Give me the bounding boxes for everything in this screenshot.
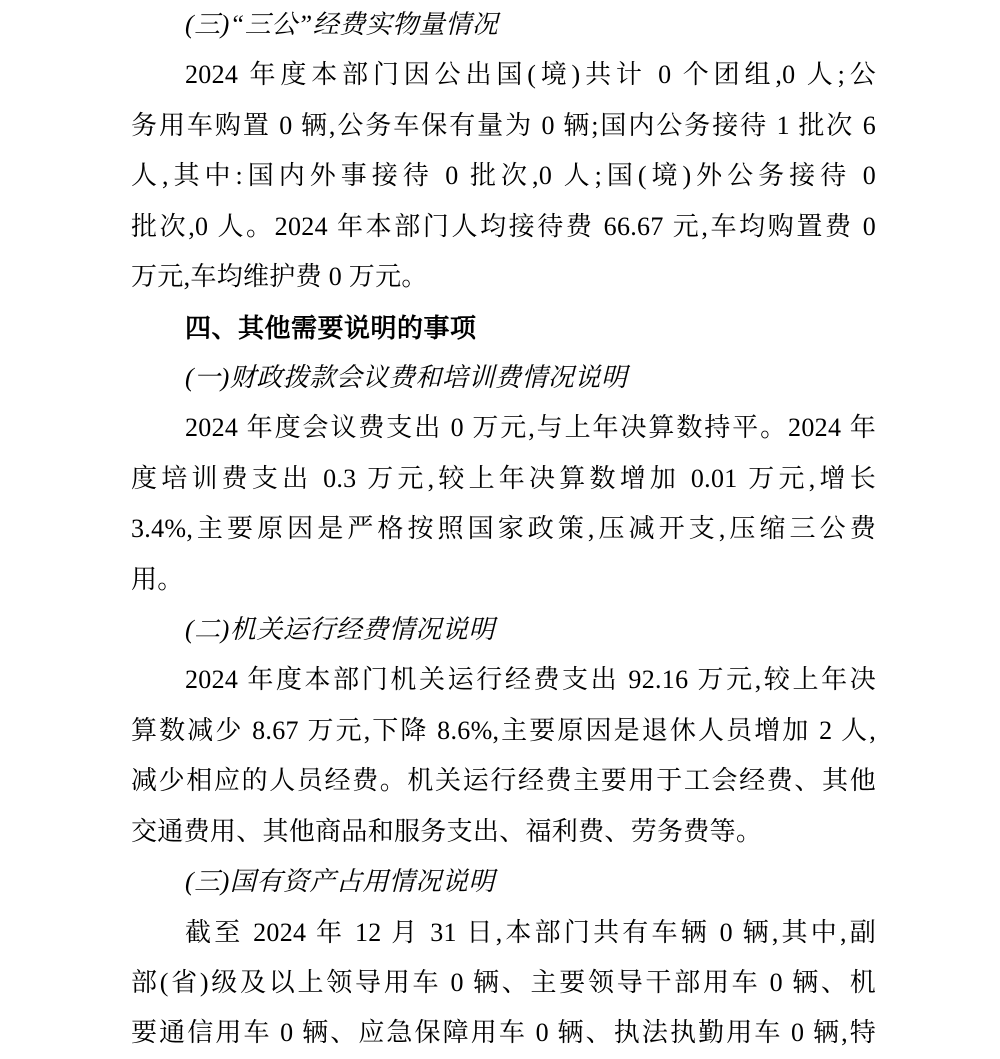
subsection-heading-state-assets-occupancy: (三)国有资产占用情况说明 [131,857,876,907]
paragraph-line: 务用车购置 0 辆,公务车保有量为 0 辆;国内公务接待 1 批次 6 [131,101,876,151]
paragraph-line: 要通信用车 0 辆、应急保障用车 0 辆、执法执勤用车 0 辆,特 [131,1008,876,1058]
paragraph-line: 人,其中:国内外事接待 0 批次,0 人;国(境)外公务接待 0 [131,151,876,201]
paragraph-line: 减少相应的人员经费。机关运行经费主要用于工会经费、其他 [131,756,876,806]
paragraph-line: 交通费用、其他商品和服务支出、福利费、劳务费等。 [131,807,876,857]
paragraph-line: 万元,车均维护费 0 万元。 [131,252,876,302]
paragraph-line: 2024 年度本部门机关运行经费支出 92.16 万元,较上年决 [131,655,876,705]
paragraph-line: 部(省)级及以上领导用车 0 辆、主要领导干部用车 0 辆、机 [131,958,876,1008]
document-text-block: (三)“三公”经费实物量情况 2024 年度本部门因公出国(境)共计 0 个团组… [131,0,876,1059]
paragraph-line: 2024 年度会议费支出 0 万元,与上年决算数持平。2024 年 [131,403,876,453]
paragraph-line: 批次,0 人。2024 年本部门人均接待费 66.67 元,车均购置费 0 [131,202,876,252]
section-heading-other-matters: 四、其他需要说明的事项 [131,303,876,353]
paragraph-line: 算数减少 8.67 万元,下降 8.6%,主要原因是退休人员增加 2 人, [131,706,876,756]
subsection-heading-meeting-training-fees: (一)财政拨款会议费和培训费情况说明 [131,353,876,403]
document-page: (三)“三公”经费实物量情况 2024 年度本部门因公出国(境)共计 0 个团组… [0,0,1000,1059]
paragraph-line: 3.4%,主要原因是严格按照国家政策,压减开支,压缩三公费 [131,504,876,554]
paragraph-line: 度培训费支出 0.3 万元,较上年决算数增加 0.01 万元,增长 [131,454,876,504]
paragraph-line: 2024 年度本部门因公出国(境)共计 0 个团组,0 人;公 [131,50,876,100]
subsection-heading-agency-operating-expenses: (二)机关运行经费情况说明 [131,605,876,655]
paragraph-line: 截至 2024 年 12 月 31 日,本部门共有车辆 0 辆,其中,副 [131,908,876,958]
subsection-heading-three-public-physical-quantities: (三)“三公”经费实物量情况 [131,0,876,50]
paragraph-line: 用。 [131,555,876,605]
